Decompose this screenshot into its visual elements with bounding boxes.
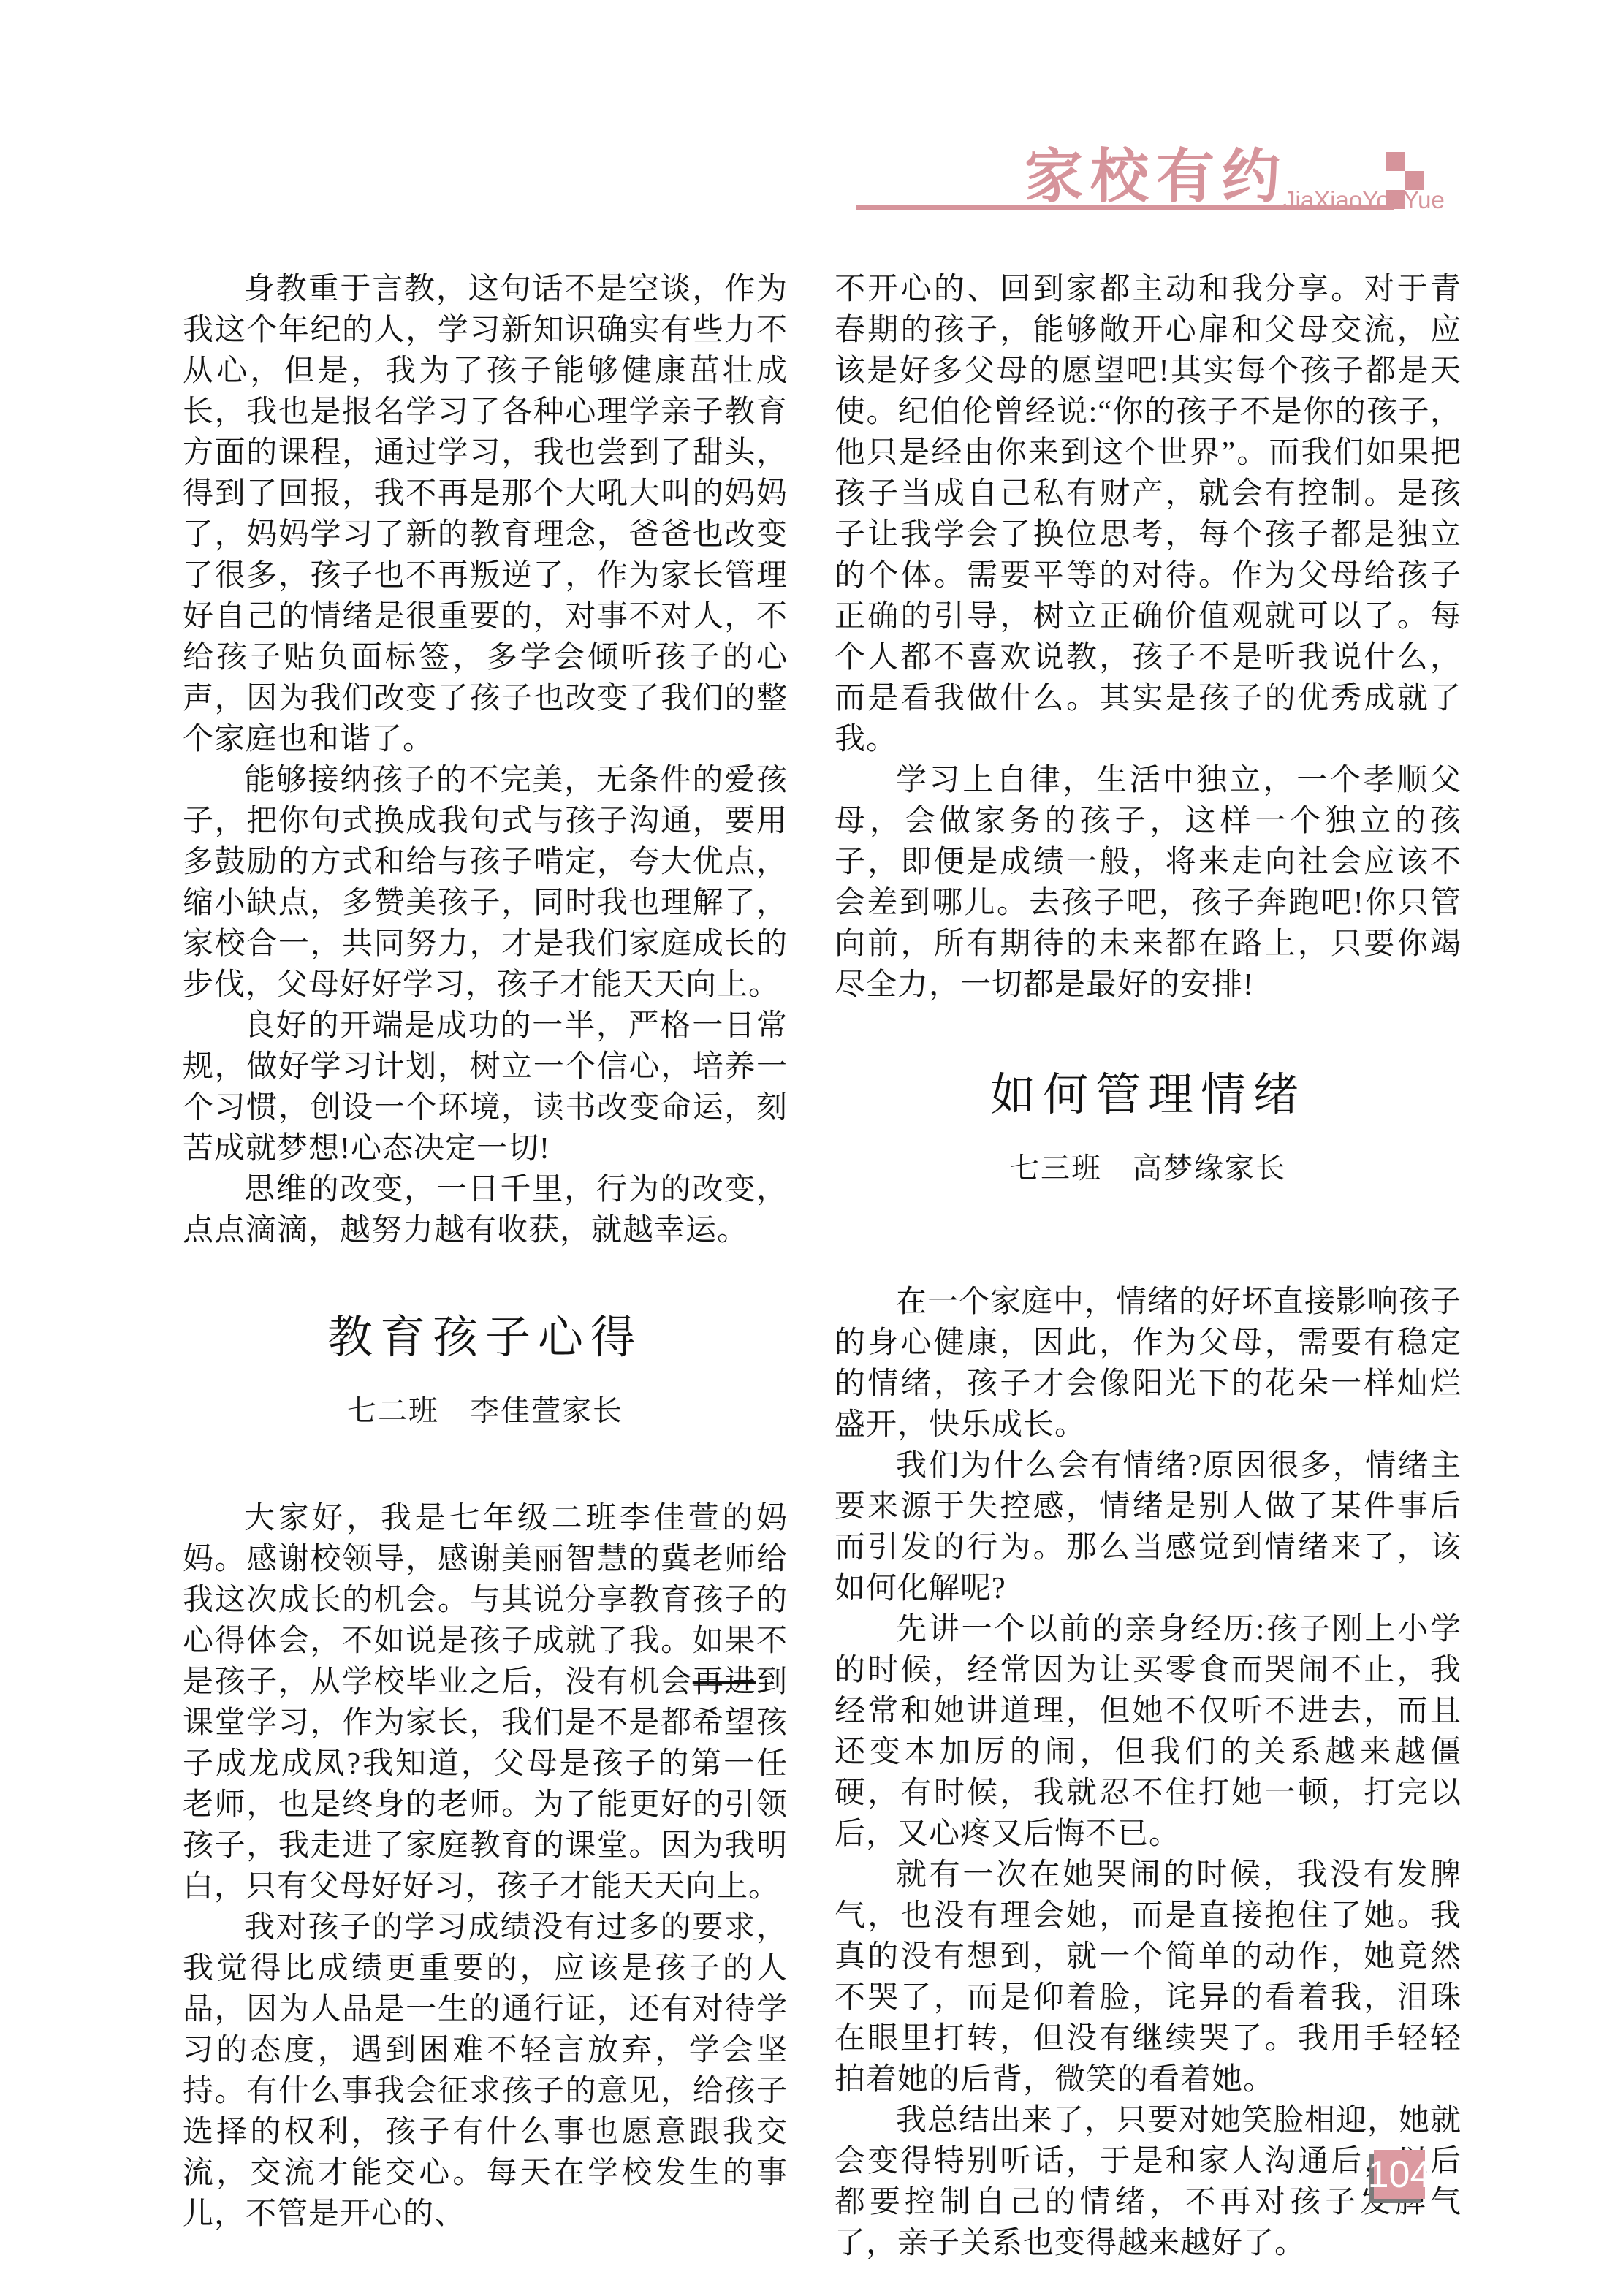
body-paragraph: 良好的开端是成功的一半，严格一日常规，做好学习计划，树立一个信心，培养一个习惯，… bbox=[183, 1006, 788, 1169]
brand-title: 家校有约 bbox=[1025, 145, 1288, 209]
body-paragraph: 思维的改变，一日千里，行为的改变，点点滴滴，越努力越有收获，就越幸运。 bbox=[183, 1169, 788, 1251]
article-byline: 七三班 高梦缘家长 bbox=[835, 1152, 1462, 1185]
article-header: 如何管理情绪 七三班 高梦缘家长 bbox=[835, 1068, 1462, 1185]
article-byline: 七二班 李佳萱家长 bbox=[183, 1394, 788, 1428]
magazine-page: { "header": { "brand_cn": "家校有约", "brand… bbox=[0, 0, 1623, 2296]
body-paragraph: 大家好，我是七年级二班李佳萱的妈妈。感谢校领导，感谢美丽智慧的冀老师给我这次成长… bbox=[183, 1498, 788, 1907]
body-paragraph: 学习上自律，生活中独立，一个孝顺父母，会做家务的孩子，这样一个独立的孩子，即便是… bbox=[835, 760, 1462, 1006]
body-paragraph: 在一个家庭中，情绪的好坏直接影响孩子的身心健康，因此，作为父母，需要有稳定的情绪… bbox=[835, 1282, 1462, 1445]
checker-square bbox=[1405, 171, 1424, 190]
article-title: 教育孩子心得 bbox=[183, 1311, 788, 1365]
column-right: 不开心的、回到家都主动和我分享。对于青春期的孩子，能够敞开心扉和父母交流，应该是… bbox=[835, 269, 1462, 2264]
checker-square bbox=[1386, 190, 1405, 209]
body-paragraph: 先讲一个以前的亲身经历:孩子刚上小学的时候，经常因为让买零食而哭闹不止，我经常和… bbox=[835, 1609, 1462, 1855]
checker-decoration-icon bbox=[1386, 152, 1424, 210]
checker-square bbox=[1386, 152, 1405, 171]
body-paragraph: 我对孩子的学习成绩没有过多的要求，我觉得比成绩更重要的，应该是孩子的人品，因为人… bbox=[183, 1907, 788, 2235]
page-number-badge: 104 bbox=[1374, 2150, 1425, 2199]
body-paragraph: 能够接纳孩子的不完美，无条件的爱孩子，把你句式换成我句式与孩子沟通，要用多鼓励的… bbox=[183, 760, 788, 1006]
article-title: 如何管理情绪 bbox=[835, 1068, 1462, 1122]
body-paragraph: 我们为什么会有情绪?原因很多，情绪主要来源于失控感，情绪是别人做了某件事后而引发… bbox=[835, 1445, 1462, 1609]
body-paragraph: 不开心的、回到家都主动和我分享。对于青春期的孩子，能够敞开心扉和父母交流，应该是… bbox=[835, 269, 1462, 760]
body-paragraph: 身教重于言教，这句话不是空谈，作为我这个年纪的人，学习新知识确实有些力不从心，但… bbox=[183, 269, 788, 760]
article-header: 教育孩子心得 七二班 李佳萱家长 bbox=[183, 1311, 788, 1428]
body-paragraph: 就有一次在她哭闹的时候，我没有发脾气，也没有理会她，而是直接抱住了她。我真的没有… bbox=[835, 1855, 1462, 2100]
column-left: 身教重于言教，这句话不是空谈，作为我这个年纪的人，学习新知识确实有些力不从心，但… bbox=[183, 269, 788, 2235]
